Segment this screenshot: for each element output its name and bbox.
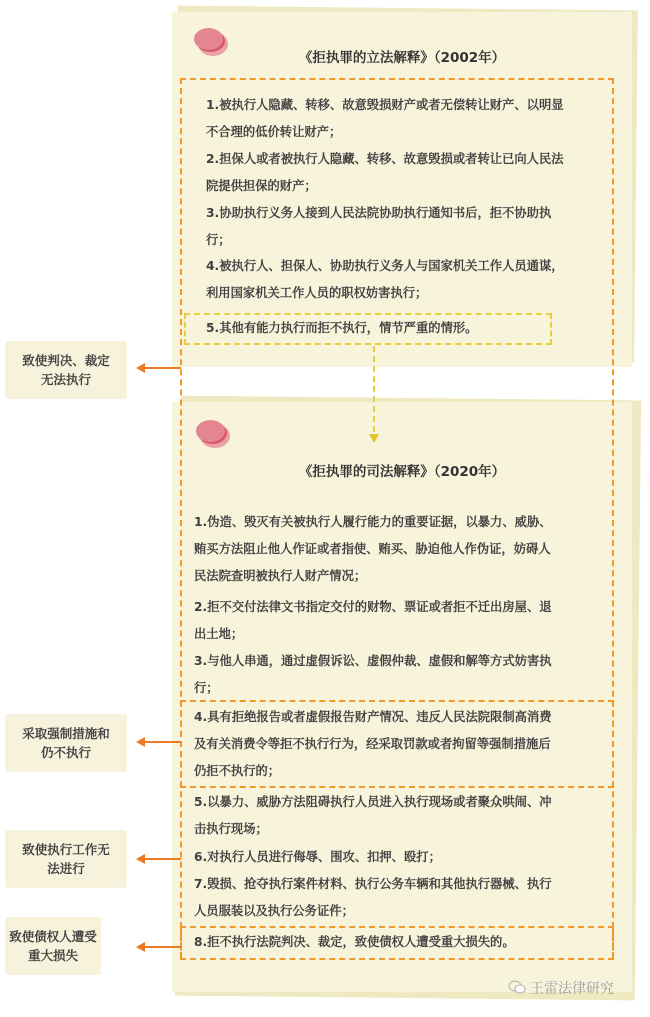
- side-label-compulsory-measures: 采取强制措施和仍不执行: [5, 714, 127, 772]
- arrow-line: [144, 858, 181, 860]
- law-2002-item-2: 2.担保人或者被执行人隐藏、转移、故意毁损或者转让已向人民法 院提供担保的财产；: [206, 146, 564, 200]
- wechat-icon: [508, 980, 526, 994]
- arrow-left-icon: [136, 942, 145, 952]
- arrow-line: [144, 946, 181, 948]
- law-2020-item-1: 1.伪造、毁灭有关被执行人履行能力的重要证据，以暴力、威胁、 贿买方法阻止他人作…: [194, 509, 552, 590]
- arrow-line: [144, 367, 181, 369]
- side-label-creditor-loss: 致使债权人遭受重大损失: [5, 917, 101, 975]
- law-2020-item-8: 8.拒不执行法院判决、裁定，致使债权人遭受重大损失的。: [194, 929, 515, 956]
- arrow-line: [144, 741, 181, 743]
- arrow-left-icon: [136, 363, 145, 373]
- arrow-left-icon: [136, 854, 145, 864]
- card-2002-title: 《拒执罪的立法解释》（2002年）: [172, 46, 632, 66]
- law-2002-item-3: 3.协助执行义务人接到人民法院协助执行通知书后，拒不协助执 行；: [206, 200, 551, 254]
- law-2020-item-6: 6.对执行人员进行侮辱、围攻、扣押、殴打；: [194, 844, 441, 871]
- arrow-left-icon: [136, 737, 145, 747]
- law-2002-item-5: 5.其他有能力执行而拒不执行，情节严重的情形。: [206, 315, 477, 342]
- law-2020-item-7: 7.毁损、抢夺执行案件材料、执行公务车辆和其他执行器械、执行 人员服装以及执行公…: [194, 871, 552, 925]
- watermark-text: 王雷法律研究: [530, 978, 614, 998]
- side-label-judgment-unenforceable: 致使判决、裁定无法执行: [5, 341, 127, 399]
- law-2020-item-5: 5.以暴力、威胁方法阻碍执行人员进入执行现场或者聚众哄闹、冲 击执行现场；: [194, 789, 552, 843]
- law-2002-item-4: 4.被执行人、担保人、协助执行义务人与国家机关工作人员通谋， 利用国家机关工作人…: [206, 253, 564, 307]
- law-2002-item-1: 1.被执行人隐藏、转移、故意毁损财产或者无偿转让财产、以明显 不合理的低价转让财…: [206, 92, 564, 146]
- law-2020-item-4: 4.具有拒绝报告或者虚假报告财产情况、违反人民法院限制高消费 及有关消费令等拒不…: [194, 704, 552, 785]
- law-2020-item-2: 2.拒不交付法律文书指定交付的财物、票证或者拒不迁出房屋、退 出土地；: [194, 594, 552, 648]
- law-2020-item-3: 3.与他人串通，通过虚假诉讼、虚假仲裁、虚假和解等方式妨害执 行；: [194, 648, 552, 702]
- arrow-down-icon: [369, 434, 379, 443]
- side-label-enforcement-obstructed: 致使执行工作无法进行: [5, 830, 127, 888]
- connector-line: [373, 346, 375, 432]
